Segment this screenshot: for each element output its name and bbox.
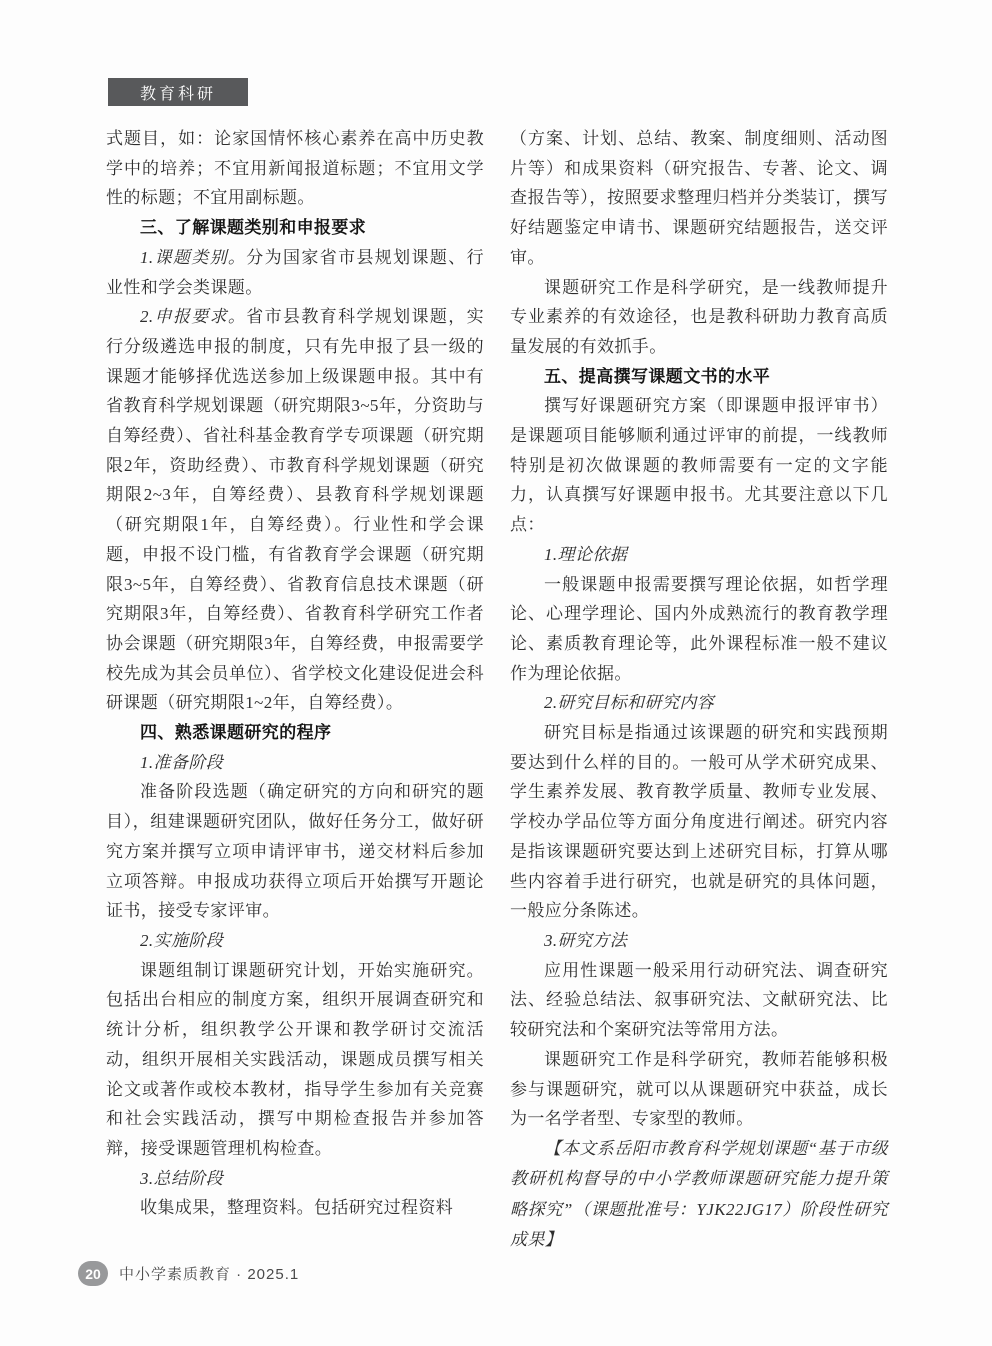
numbered-item-label: 1.课题类别。 bbox=[140, 248, 246, 267]
article-body: 式题目，如：论家国情怀核心素养在高中历史教学中的培养；不宜用新闻报道标题；不宜用… bbox=[106, 124, 888, 1256]
magazine-page: 教育科研 式题目，如：论家国情怀核心素养在高中历史教学中的培养；不宜用新闻报道标… bbox=[0, 0, 992, 1346]
numbered-item-label: 2.申报要求。 bbox=[140, 307, 246, 326]
page-footer: 20 中小学素质教育 · 2025.1 bbox=[78, 1261, 299, 1286]
paragraph: 一般课题申报需要撰写理论依据，如哲学理论、心理学理论、国内外成熟流行的教育教学理… bbox=[510, 570, 888, 689]
section-heading-3: 三、了解课题类别和申报要求 bbox=[106, 213, 484, 243]
paragraph: 2.申报要求。省市县教育科学规划课题，实行分级遴选申报的制度，只有先申报了县一级… bbox=[106, 302, 484, 718]
paragraph: 准备阶段选题（确定研究的方向和研究的题目），组建课题研究团队，做好任务分工，做好… bbox=[106, 777, 484, 926]
subsection-label: 1.准备阶段 bbox=[106, 748, 484, 778]
paragraph: 式题目，如：论家国情怀核心素养在高中历史教学中的培养；不宜用新闻报道标题；不宜用… bbox=[106, 124, 484, 213]
left-column: 式题目，如：论家国情怀核心素养在高中历史教学中的培养；不宜用新闻报道标题；不宜用… bbox=[106, 124, 484, 1256]
paragraph: 课题研究工作是科学研究，教师若能够积极参与课题研究，就可以从课题研究中获益，成长… bbox=[510, 1045, 888, 1134]
subsection-label: 3.研究方法 bbox=[510, 926, 888, 956]
paragraph: 课题组制订课题研究计划，开始实施研究。包括出台相应的制度方案，组织开展调查研究和… bbox=[106, 956, 484, 1164]
paragraph: 研究目标是指通过该课题的研究和实践预期要达到什么样的目的。一般可从学术研究成果、… bbox=[510, 718, 888, 926]
paragraph: 课题研究工作是科学研究，是一线教师提升专业素养的有效途径，也是教科研助力教育高质… bbox=[510, 273, 888, 362]
paragraph: 撰写好课题研究方案（即课题申报评审书）是课题项目能够顺利通过评审的前提，一线教师… bbox=[510, 391, 888, 540]
paragraph: 应用性课题一般采用行动研究法、调查研究法、经验总结法、叙事研究法、文献研究法、比… bbox=[510, 956, 888, 1045]
page-number-badge: 20 bbox=[78, 1261, 108, 1286]
section-badge: 教育科研 bbox=[108, 78, 248, 106]
subsection-label: 2.研究目标和研究内容 bbox=[510, 688, 888, 718]
paragraph: 1.课题类别。分为国家省市县规划课题、行业性和学会类课题。 bbox=[106, 243, 484, 302]
paragraph-text: 省市县教育科学规划课题，实行分级遴选申报的制度，只有先申报了县一级的课题才能够择… bbox=[106, 307, 484, 712]
subsection-label: 3.总结阶段 bbox=[106, 1164, 484, 1194]
right-column: （方案、计划、总结、教案、制度细则、活动图片等）和成果资料（研究报告、专著、论文… bbox=[510, 124, 888, 1256]
funding-note: 【本文系岳阳市教育科学规划课题“基于市级教研机构督导的中小学教师课题研究能力提升… bbox=[510, 1134, 888, 1256]
paragraph: （方案、计划、总结、教案、制度细则、活动图片等）和成果资料（研究报告、专著、论文… bbox=[510, 124, 888, 273]
subsection-label: 1.理论依据 bbox=[510, 540, 888, 570]
paragraph: 收集成果，整理资料。包括研究过程资料 bbox=[106, 1193, 484, 1223]
journal-title: 中小学素质教育 · 2025.1 bbox=[119, 1263, 299, 1284]
section-heading-5: 五、提高撰写课题文书的水平 bbox=[510, 362, 888, 392]
section-heading-4: 四、熟悉课题研究的程序 bbox=[106, 718, 484, 748]
subsection-label: 2.实施阶段 bbox=[106, 926, 484, 956]
